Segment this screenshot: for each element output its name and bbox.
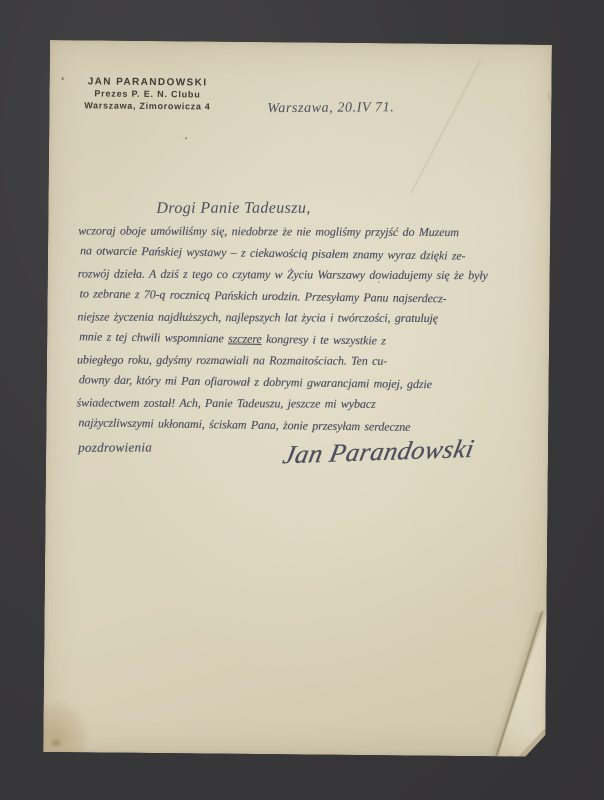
line-segment: kongresy i te wszystkie z: [262, 331, 386, 347]
paper-speck: [378, 281, 380, 283]
letter-paper: JAN PARANDOWSKI Prezes P. E. N. Clubu Wa…: [43, 40, 552, 757]
letterhead-address: Warszawa, Zimorowicza 4: [67, 100, 227, 113]
paper-stain: [37, 700, 90, 762]
photo-backdrop: JAN PARANDOWSKI Prezes P. E. N. Clubu Wa…: [0, 0, 604, 800]
letterhead-block: JAN PARANDOWSKI Prezes P. E. N. Clubu Wa…: [67, 76, 227, 113]
underlined-word: szczere: [228, 331, 262, 345]
paper-speck: [185, 137, 187, 139]
paper-stain: [49, 738, 63, 748]
handwritten-date: Warszawa, 20.IV 71.: [267, 100, 394, 117]
line-segment: mnie z tej chwili wspomniane: [79, 329, 228, 345]
paper-speck: [62, 77, 64, 80]
signature: Jan Parandowski: [280, 434, 476, 470]
paper-crease: [548, 93, 581, 211]
paper-crease: [410, 60, 480, 193]
letter-body: wczoraj oboje umówiliśmy się, niedobrze …: [76, 222, 530, 441]
letterhead-name: JAN PARANDOWSKI: [68, 76, 228, 90]
salutation: Drogi Panie Tadeuszu,: [156, 200, 310, 218]
closing-word: pozdrowienia: [78, 439, 152, 455]
